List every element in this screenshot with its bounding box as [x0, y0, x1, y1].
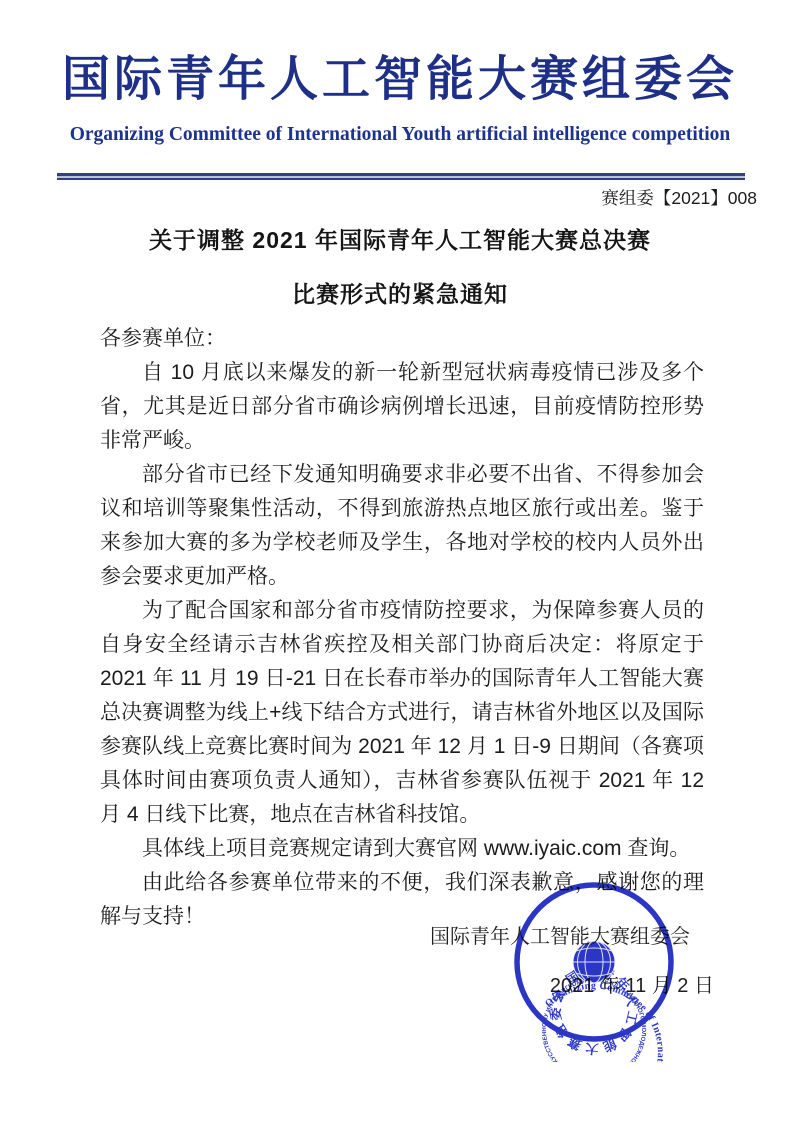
body-paragraph: 自 10 月底以来爆发的新一轮新型冠状病毒疫情已涉及多个省，尤其是近日部分省市确… — [100, 356, 704, 458]
body-paragraph: 为了配合国家和部分省市疫情防控要求，为保障参赛人员的自身安全经请示吉林省疾控及相… — [100, 594, 704, 832]
signature-committee: 国际青年人工智能大赛组委会 — [430, 920, 690, 949]
notice-body: 各参赛单位： 自 10 月底以来爆发的新一轮新型冠状病毒疫情已涉及多个省，尤其是… — [100, 322, 704, 934]
header-divider — [57, 173, 745, 180]
notice-title-line1: 关于调整 2021 年国际青年人工智能大赛总决赛 — [0, 222, 800, 255]
notice-title-line2: 比赛形式的紧急通知 — [0, 276, 800, 309]
body-paragraph: 部分省市已经下发通知明确要求非必要不出省、不得参加会议和培训等聚集性活动，不得到… — [100, 458, 704, 594]
notice-document: 国际青年人工智能大赛组委会 Organizing Committee of In… — [0, 0, 800, 1131]
doc-number: 赛组委【2021】008 — [601, 185, 757, 210]
body-paragraph: 具体线上项目竞赛规定请到大赛官网 www.iyaic.com 查询。 — [100, 832, 704, 866]
org-name-cn: 国际青年人工智能大赛组委会 — [0, 40, 800, 109]
signature-date: 2021 年 11 月 2 日 — [550, 969, 714, 998]
org-name-en: Organizing Committee of International Yo… — [0, 124, 800, 146]
salutation: 各参赛单位： — [100, 322, 704, 356]
